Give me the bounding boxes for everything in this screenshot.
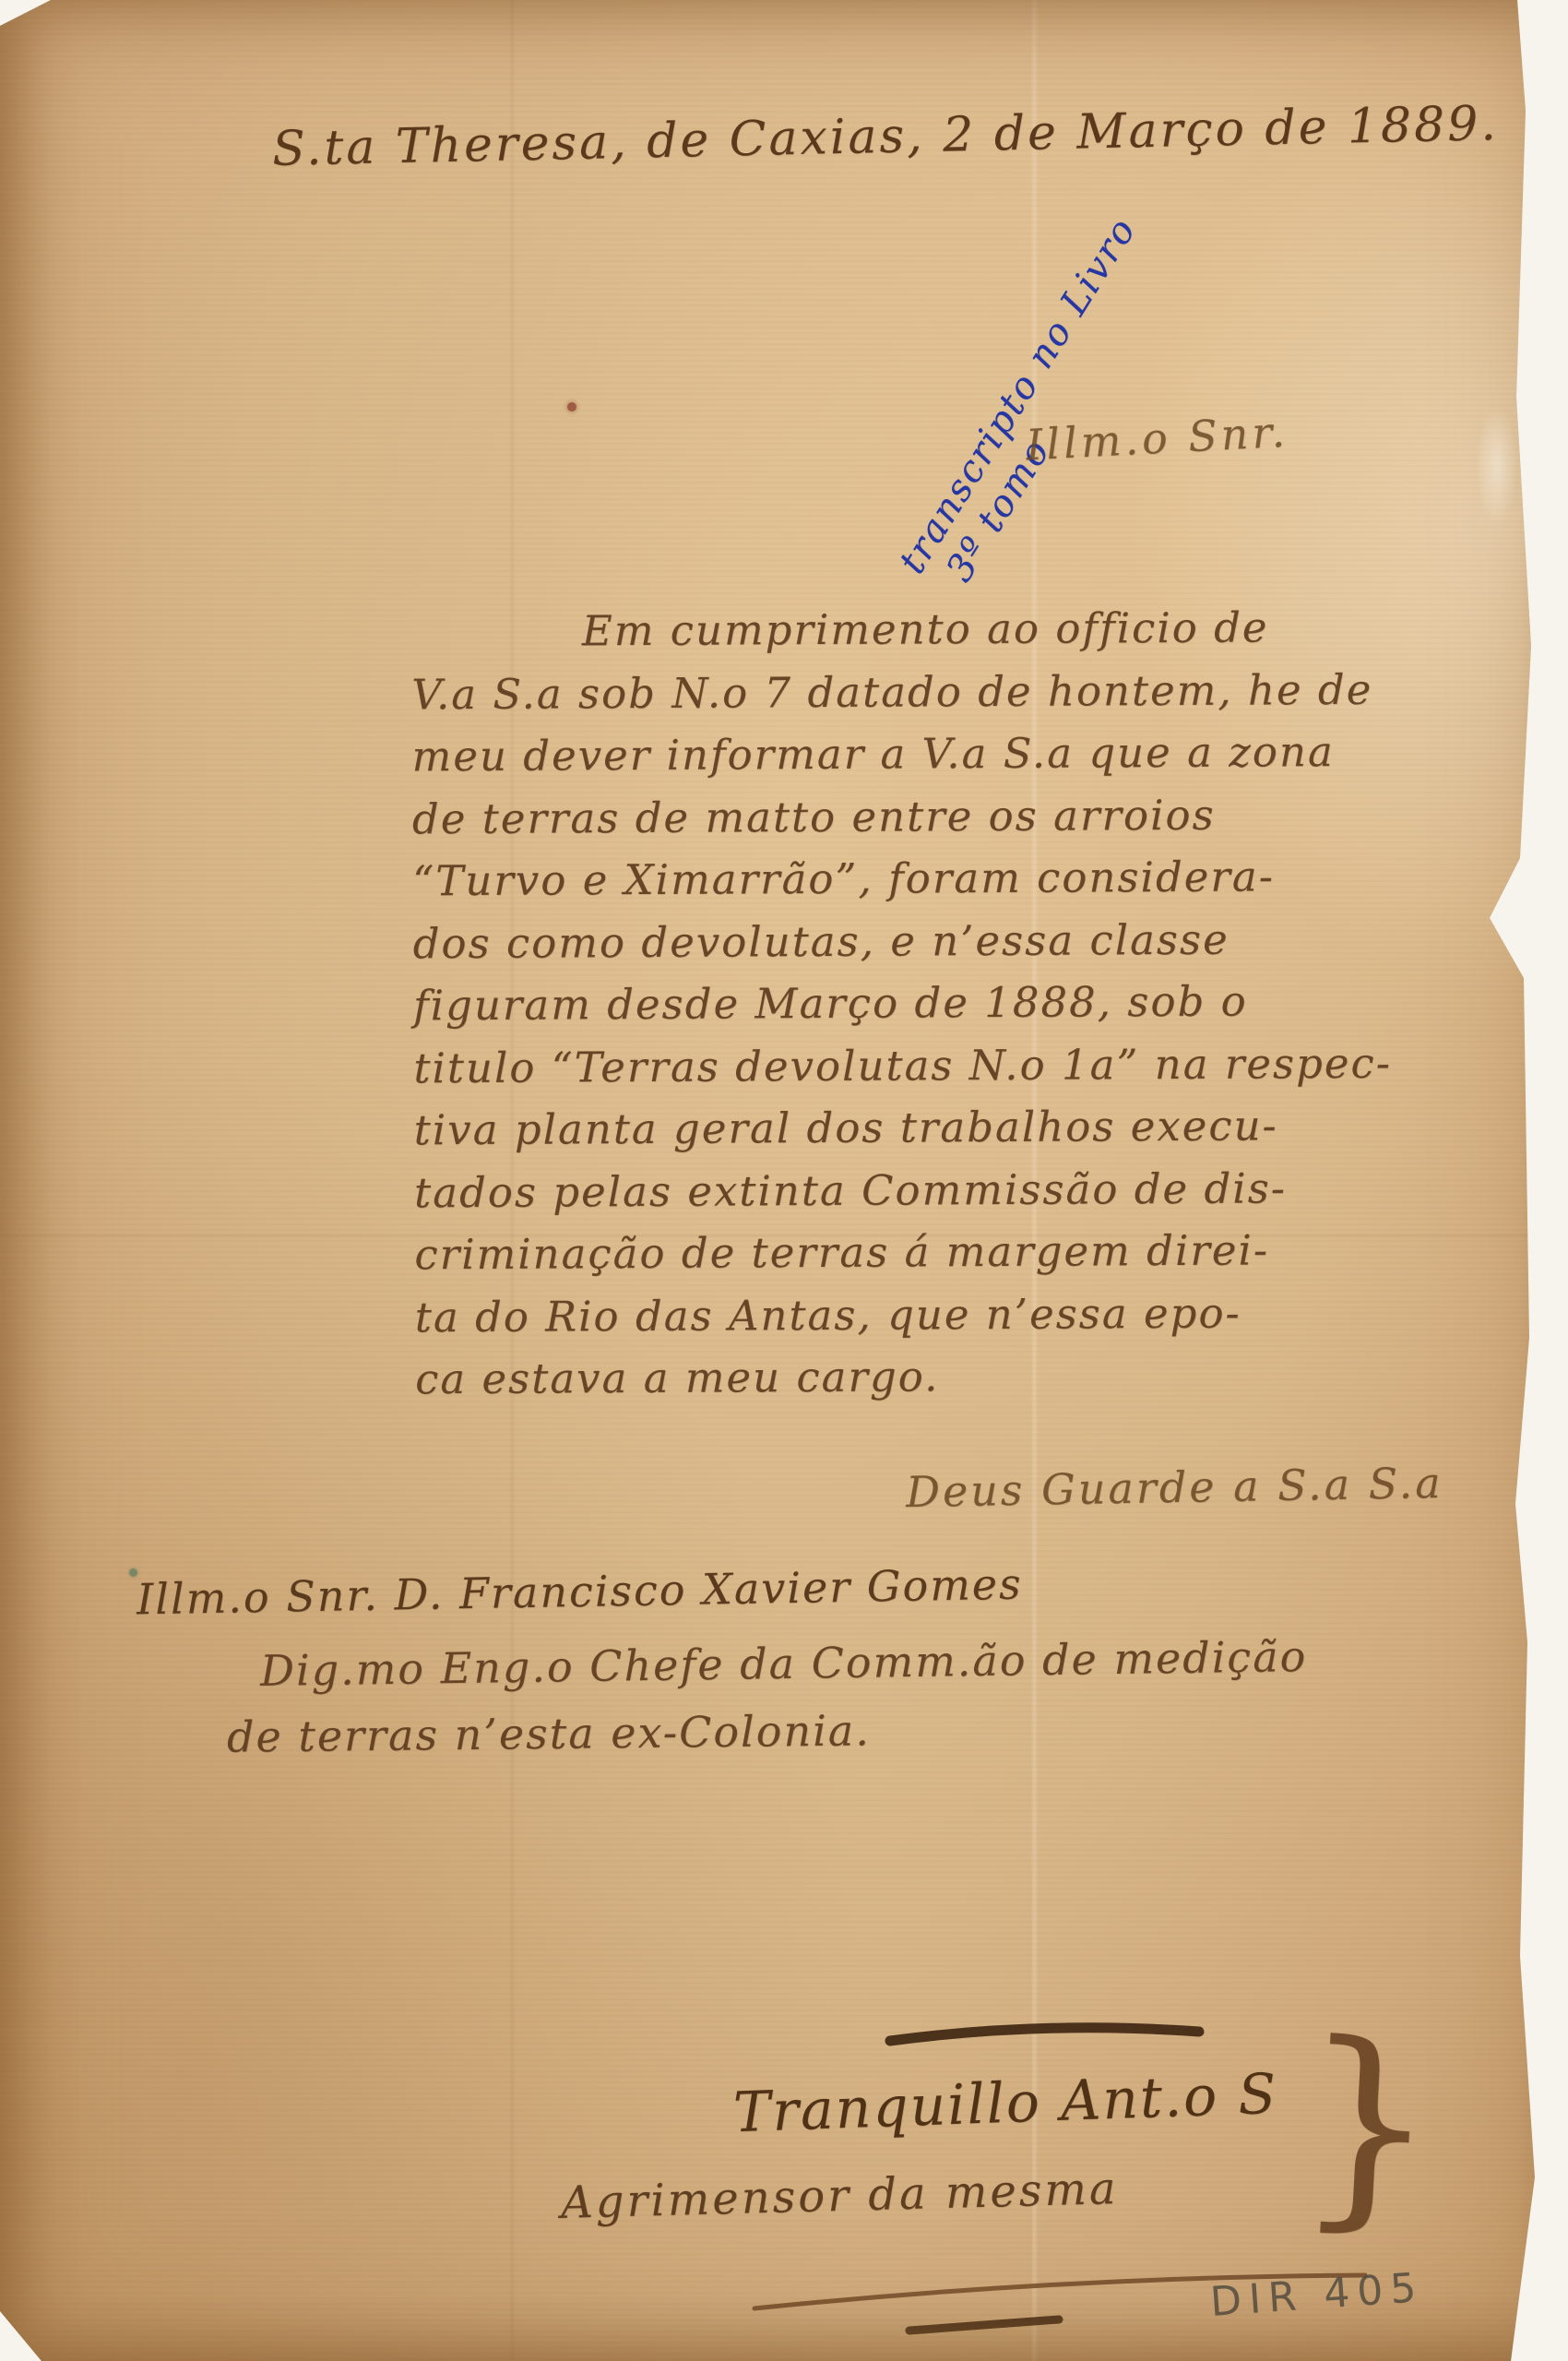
body-line: “Turvo e Ximarrão”, foram considera-: [412, 844, 1568, 912]
valediction: Deus Guarde a S.a S.a: [906, 1458, 1443, 1517]
blue-annotation-line2: 3º tomo: [937, 233, 1182, 590]
blue-archival-annotation: transcripto no Livro 3º tomo: [890, 209, 1183, 605]
dateline: S.ta Theresa, de Caxias, 2 de Março de 1…: [272, 96, 1500, 177]
blue-annotation-line1: transcripto no Livro: [891, 209, 1145, 580]
archive-mark: DIR 405: [1209, 2264, 1425, 2326]
signature-title: Agrimensor da mesma: [560, 2163, 1119, 2229]
body-line: criminação de terras á margem direi-: [414, 1218, 1568, 1286]
scanned-letter-page: { "document": { "dateline": "S.ta Theres…: [0, 0, 1568, 2361]
addressee-line: Dig.mo Eng.o Chefe da Comm.ão de medição: [260, 1631, 1308, 1696]
signature-flourish-strokes: [646, 1984, 1439, 2353]
body-line: ta do Rio das Antas, que n’essa epo-: [415, 1280, 1568, 1348]
signature-name: Tranquillo Ant.o S: [732, 2062, 1278, 2146]
body-line: Em cumprimento ao officio de: [411, 595, 1568, 663]
body-line: meu dever informar a V.a S.a que a zona: [411, 720, 1568, 788]
body-line: ca estava a meu cargo.: [415, 1342, 1568, 1411]
aged-paper-sheet: S.ta Theresa, de Caxias, 2 de Março de 1…: [0, 0, 1568, 2361]
body-line: V.a S.a sob N.o 7 datado de hontem, he d…: [411, 657, 1568, 725]
body-line: titulo “Terras devolutas N.o 1a” na resp…: [413, 1031, 1568, 1099]
salutation: Illm.o Snr.: [1025, 407, 1289, 471]
body-line: tados pelas extinta Commissão de dis-: [414, 1155, 1568, 1223]
ink-spot-stain: [567, 402, 576, 411]
body-line: tiva planta geral dos trabalhos execu-: [414, 1093, 1568, 1162]
addressee-line: de terras n’esta ex-Colonia.: [227, 1705, 871, 1761]
body-line: de terras de matto entre os arroios: [412, 781, 1568, 850]
body-line: dos como devolutas, e n’essa classe: [412, 906, 1568, 974]
signature-flourish: }: [1293, 2013, 1443, 2237]
body-line: figuram desde Março de 1888, sob o: [413, 969, 1568, 1037]
edge-damage-patch: [1476, 406, 1518, 526]
letter-body: Em cumprimento ao officio de V.a S.a sob…: [411, 595, 1568, 1411]
addressee-line: Illm.o Snr. D. Francisco Xavier Gomes: [137, 1559, 1023, 1625]
green-spot-stain: [129, 1568, 137, 1577]
